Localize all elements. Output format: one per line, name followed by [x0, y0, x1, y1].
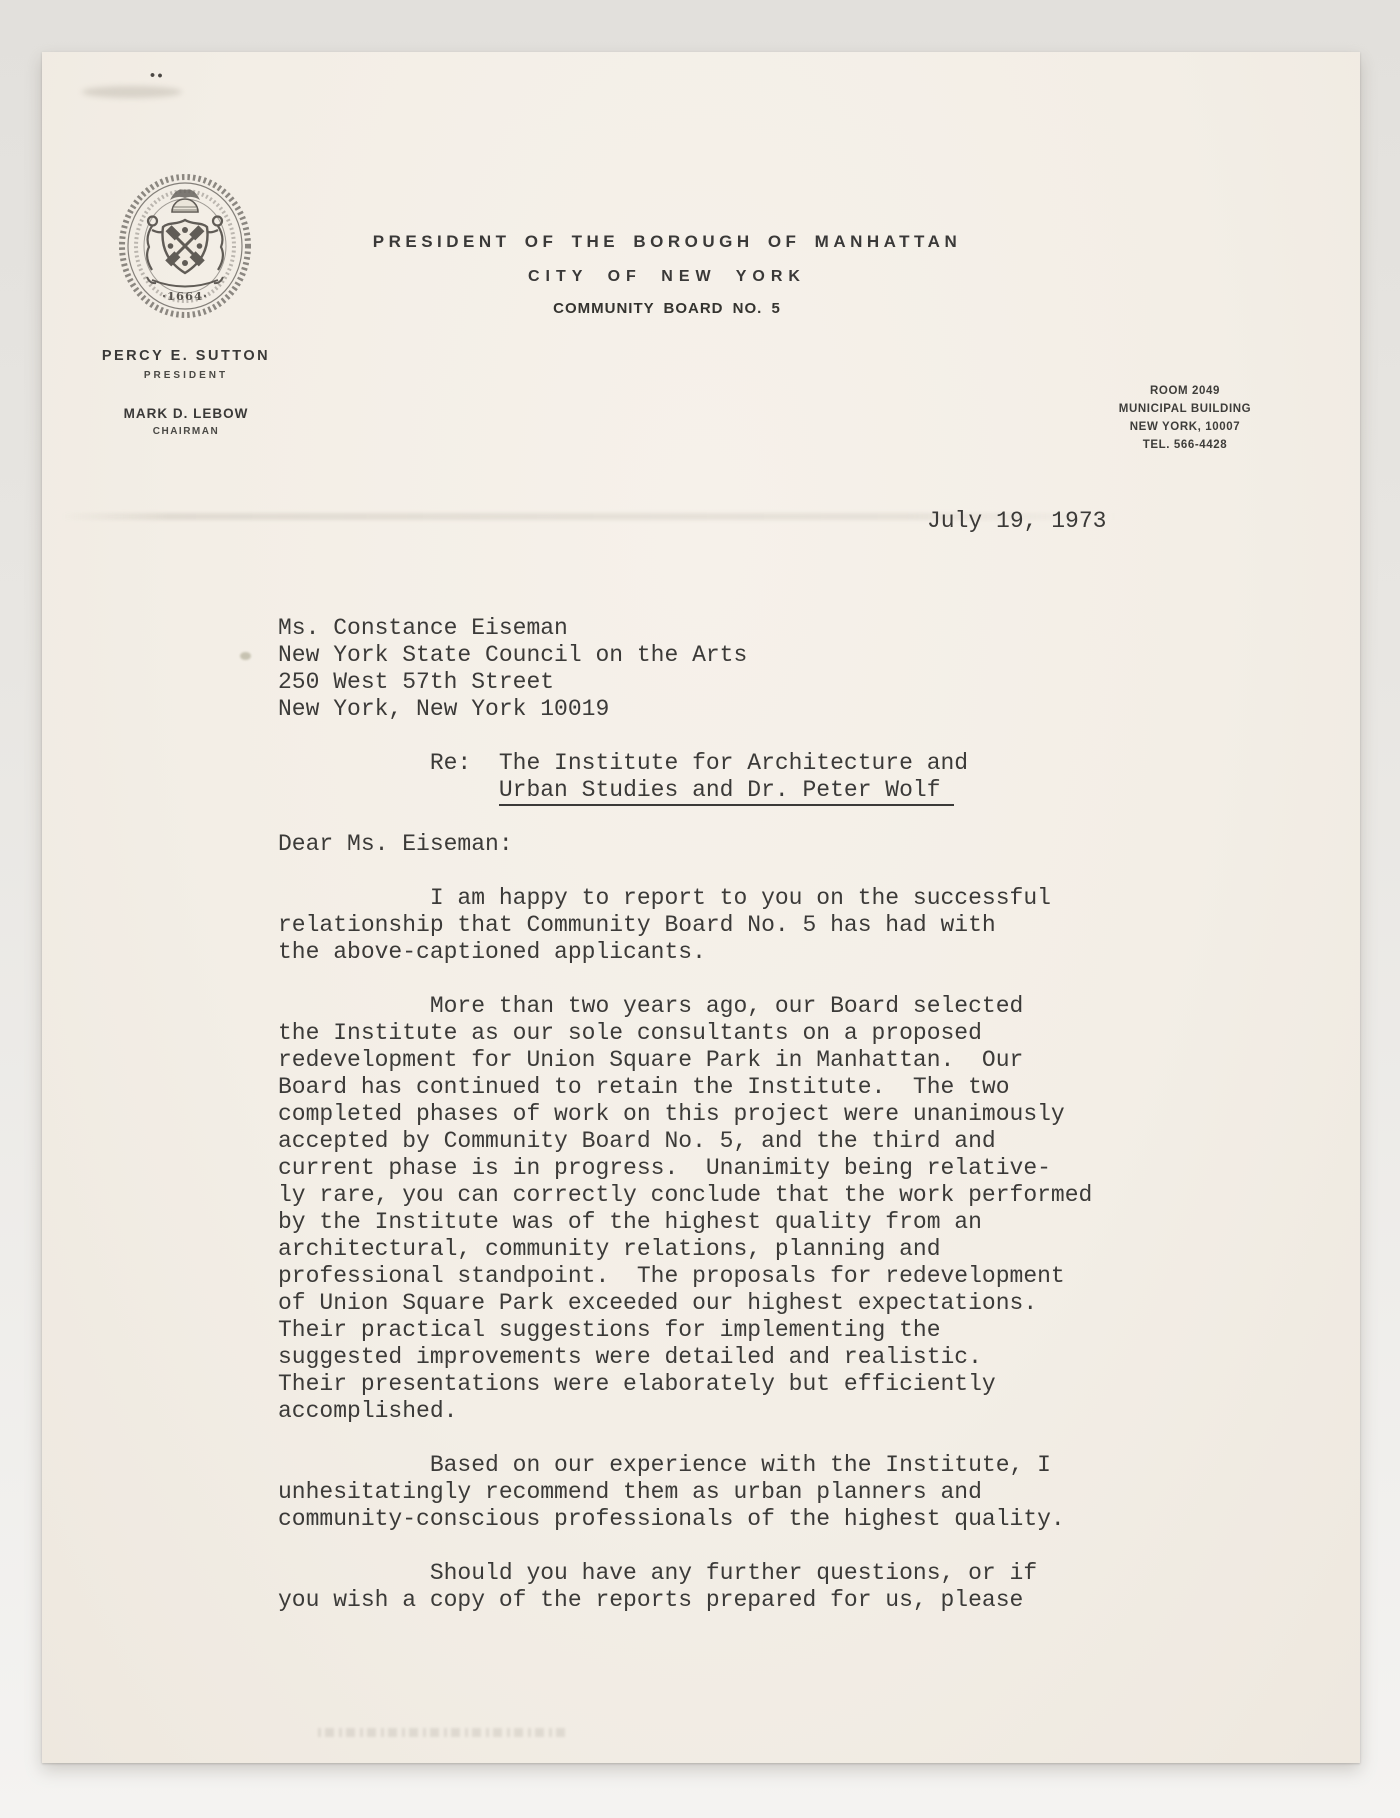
typed-line: current phase is in progress. Unanimity … — [278, 1155, 1092, 1182]
typed-line: relationship that Community Board No. 5 … — [278, 912, 1092, 939]
typed-line: completed phases of work on this project… — [278, 1101, 1092, 1128]
typed-line: New York, New York 10019 — [278, 696, 1092, 723]
typed-line: ly rare, you can correctly conclude that… — [278, 1182, 1092, 1209]
letterhead-officials: PERCY E. SUTTON PRESIDENT MARK D. LEBOW … — [80, 348, 292, 437]
typed-line: I am happy to report to you on the succe… — [278, 885, 1092, 912]
typed-line: Urban Studies and Dr. Peter Wolf — [278, 777, 1092, 804]
typed-line: Based on our experience with the Institu… — [278, 1452, 1092, 1479]
typed-line: unhesitatingly recommend them as urban p… — [278, 1479, 1092, 1506]
typed-line: Their practical suggestions for implemen… — [278, 1317, 1092, 1344]
typed-line: Dear Ms. Eiseman: — [278, 831, 1092, 858]
org-line-3: COMMUNITY BOARD NO. 5 — [362, 300, 972, 317]
typed-line: Re: The Institute for Architecture and — [278, 750, 1092, 777]
typed-line: Should you have any further questions, o… — [278, 1560, 1092, 1587]
org-line-2: CITY OF NEW YORK — [362, 268, 972, 286]
typed-line: accomplished. — [278, 1398, 1092, 1425]
typed-line: of Union Square Park exceeded our highes… — [278, 1290, 1092, 1317]
typed-line: Board has continued to retain the Instit… — [278, 1074, 1092, 1101]
typed-line — [278, 1425, 1092, 1452]
typed-line: architectural, community relations, plan… — [278, 1236, 1092, 1263]
typed-line: community-conscious professionals of the… — [278, 1506, 1092, 1533]
office-address-line: ROOM 2049 — [1082, 382, 1288, 400]
letter-page: ·1664· PRESIDENT OF THE BOROUGH OF MANHA… — [42, 52, 1360, 1763]
official-name: MARK D. LEBOW — [80, 406, 292, 421]
org-line-1: PRESIDENT OF THE BOROUGH OF MANHATTAN — [362, 232, 972, 252]
city-of-new-york-seal-icon: ·1664· — [114, 170, 256, 322]
typed-line: the Institute as our sole consultants on… — [278, 1020, 1092, 1047]
typed-line: Their presentations were elaborately but… — [278, 1371, 1092, 1398]
typed-line: professional standpoint. The proposals f… — [278, 1263, 1092, 1290]
typed-line: you wish a copy of the reports prepared … — [278, 1587, 1092, 1614]
official-title: CHAIRMAN — [80, 426, 292, 437]
typed-line: suggested improvements were detailed and… — [278, 1344, 1092, 1371]
typed-line — [278, 804, 1092, 831]
seal-scroll — [147, 277, 223, 287]
typed-line: Ms. Constance Eiseman — [278, 615, 1092, 642]
letterhead-office-address: ROOM 2049 MUNICIPAL BUILDING NEW YORK, 1… — [1082, 382, 1288, 454]
typed-line — [278, 858, 1092, 885]
official-title: PRESIDENT — [80, 370, 292, 381]
ink-bleedthrough — [318, 1728, 566, 1737]
ink-specks — [150, 72, 164, 78]
letterhead-header: PRESIDENT OF THE BOROUGH OF MANHATTAN CI… — [362, 232, 972, 317]
typed-line: More than two years ago, our Board selec… — [278, 993, 1092, 1020]
office-address-line: MUNICIPAL BUILDING — [1082, 400, 1288, 418]
typed-line — [278, 723, 1092, 750]
typed-line: 250 West 57th Street — [278, 669, 1092, 696]
typed-line — [278, 1533, 1092, 1560]
letter-body: Ms. Constance EisemanNew York State Coun… — [278, 615, 1092, 1614]
typed-line: the above-captioned applicants. — [278, 939, 1092, 966]
typed-line: accepted by Community Board No. 5, and t… — [278, 1128, 1092, 1155]
seal-year: ·1664· — [162, 289, 208, 303]
scan-background: ·1664· PRESIDENT OF THE BOROUGH OF MANHA… — [0, 0, 1400, 1818]
office-address-line: TEL. 566-4428 — [1082, 436, 1288, 454]
letter-date: July 19, 1973 — [927, 508, 1106, 535]
typed-line: by the Institute was of the highest qual… — [278, 1209, 1092, 1236]
typed-line: New York State Council on the Arts — [278, 642, 1092, 669]
paper-blemish — [240, 652, 251, 660]
typed-line: redevelopment for Union Square Park in M… — [278, 1047, 1092, 1074]
pencil-smudge — [82, 86, 182, 98]
typed-line — [278, 966, 1092, 993]
office-address-line: NEW YORK, 10007 — [1082, 418, 1288, 436]
official-name: PERCY E. SUTTON — [80, 348, 292, 364]
